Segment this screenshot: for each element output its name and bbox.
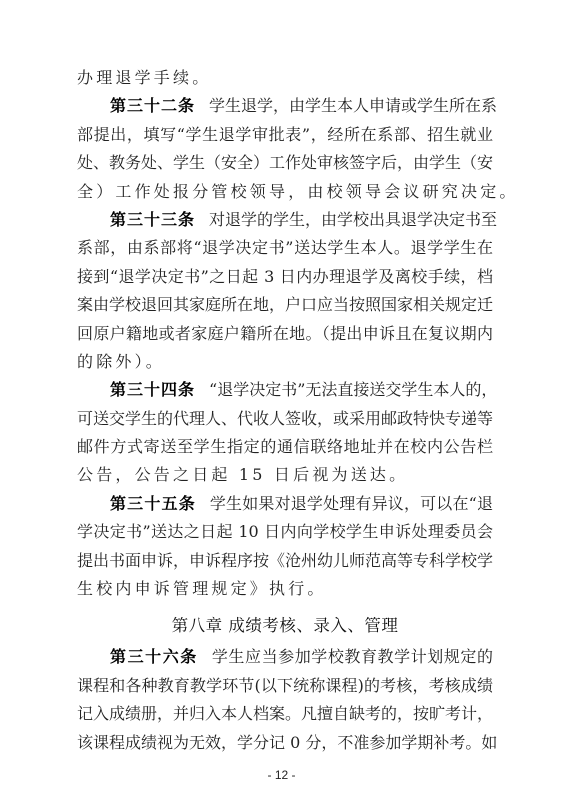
document-page: 办理退学手续。 第三十二条学生退学，由学生本人申请或学生所在系 部提出，填写“学… <box>77 64 493 757</box>
text-line: 记入成绩册，并归入本人档案。凡擅自缺考的，按旷考计， <box>77 700 493 728</box>
text-line: 全）工作处报分管校领导，由校领导会议研究决定。 <box>77 178 493 206</box>
text-line: 可送交学生的代理人、代收人签收，或采用邮政特快专递等 <box>77 405 493 433</box>
text-line: 处、教务处、学生（安全）工作处审核签字后，由学生（安 <box>77 149 493 177</box>
text-line: 公告，公告之日起 15 日后视为送达。 <box>77 461 493 489</box>
article-heading: 第三十三条 <box>110 210 195 229</box>
text-line: 案由学校退回其家庭所在地，户口应当按照国家相关规定迁 <box>77 291 493 319</box>
text-line: 系部，由系部将“退学决定书”送达学生本人。退学学生在 <box>77 234 493 262</box>
text-line: 的除外）。 <box>77 348 493 376</box>
article-first-line: 第三十四条“退学决定书”无法直接送交学生本人的， <box>77 376 493 404</box>
text-line: 生校内申诉管理规定》执行。 <box>77 575 493 603</box>
article-first-line: 第三十六条学生应当参加学校教育教学计划规定的 <box>77 643 493 671</box>
text-span: 对退学的学生，由学校出具退学决定书至 <box>209 210 497 229</box>
text-line: 该课程成绩视为无效，学分记 0 分，不准参加学期补考。如 <box>77 729 493 757</box>
text-line: 学决定书”送达之日起 10 日内向学校学生申诉处理委员会 <box>77 518 493 546</box>
text-span: 学生退学，由学生本人申请或学生所在系 <box>209 96 497 115</box>
text-span: “退学决定书”无法直接送交学生本人的， <box>209 380 497 399</box>
text-line: 接到“退学决定书”之日起 3 日内办理退学及离校手续，档 <box>77 263 493 291</box>
text-line: 邮件方式寄送至学生指定的通信联络地址并在校内公告栏 <box>77 433 493 461</box>
article-heading: 第三十六条 <box>110 647 198 666</box>
text-line: 办理退学手续。 <box>77 64 493 92</box>
article-heading: 第三十五条 <box>110 494 196 513</box>
text-line: 提出书面申诉，申诉程序按《沧州幼儿师范高等专科学校学 <box>77 547 493 575</box>
article-heading: 第三十四条 <box>110 380 195 399</box>
text-line: 部提出，填写“学生退学审批表”，经所在系部、招生就业 <box>77 121 493 149</box>
text-line: 回原户籍地或者家庭户籍所在地。（提出申诉且在复议期内 <box>77 320 493 348</box>
text-span: 学生应当参加学校教育教学计划规定的 <box>212 647 493 666</box>
text-span: 学生如果对退学处理有异议，可以在“退 <box>210 494 493 513</box>
article-first-line: 第三十五条学生如果对退学处理有异议，可以在“退 <box>77 490 493 518</box>
article-first-line: 第三十三条对退学的学生，由学校出具退学决定书至 <box>77 206 493 234</box>
article-heading: 第三十二条 <box>110 96 195 115</box>
text-line: 课程和各种教育教学环节(以下统称课程)的考核，考核成绩 <box>77 672 493 700</box>
page-number: - 12 - <box>0 768 563 782</box>
chapter-heading: 第八章 成绩考核、录入、管理 <box>77 609 493 643</box>
article-first-line: 第三十二条学生退学，由学生本人申请或学生所在系 <box>77 92 493 120</box>
